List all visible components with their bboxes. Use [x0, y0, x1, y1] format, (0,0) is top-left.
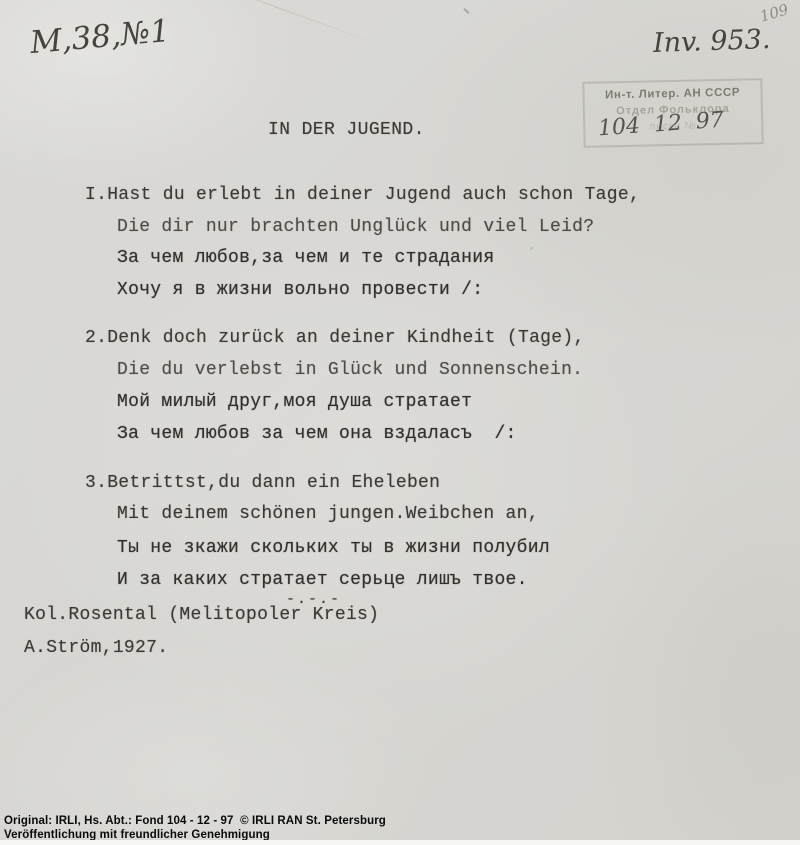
stanza2-line2: Die du verlebst in Glück und Sonnenschei…: [117, 361, 583, 379]
stanza3-line4: И за каких стратает серьце лишъ твое.: [117, 571, 528, 589]
document-title: IN DER JUGEND.: [268, 121, 425, 139]
page-number-pencil: 109: [758, 2, 790, 24]
paper-speck: [463, 8, 470, 14]
paper-crease: [181, 0, 379, 45]
stanza2-line1: 2.Denk doch zurück an deiner Kindheit (T…: [85, 329, 585, 347]
provenance-collector-year: A.Ström,1927.: [24, 639, 168, 657]
stanza1-line3: За чем любов,за чем и те страдания: [117, 249, 494, 267]
stanza1-line4: Хочу я в жизни вольно провести /:: [117, 281, 483, 299]
caption-source-line: Original: IRLI, Hs. Abt.: Fond 104 - 12 …: [4, 816, 386, 828]
stanza2-line3: Мой милый друг,моя душа стратает: [117, 393, 472, 411]
stanza1-line1: I.Hast du erlebt in deiner Jugend auch s…: [85, 186, 640, 204]
stanza3-line3: Ты не зкажи скольких ты в жизни полубил: [117, 539, 550, 557]
stanza3-line2: Mit deinem schönen jungen.Weibchen an,: [117, 505, 539, 523]
stanza1-line2: Die dir nur brachten Unglück und viel Le…: [117, 218, 594, 236]
shelfmark-handwritten: М,38,№1: [29, 16, 171, 59]
scan-edge-strip: [0, 840, 800, 845]
paper-speck: [530, 247, 533, 250]
document-page: М,38,№1 109 Inv. 953. Ин-т. Литер. АН СС…: [0, 0, 800, 845]
provenance-location: Kol.Rosental (Melitopoler Kreis): [24, 606, 379, 624]
inventory-number-handwritten: Inv. 953.: [653, 26, 771, 57]
stanza2-line4: За чем любов за чем она вздаласъ /:: [117, 425, 517, 443]
stamp-institution-line: Ин-т. Литер. АН СССР: [584, 86, 760, 102]
stanza3-line1: 3.Betrittst,du dann ein Eheleben: [85, 474, 440, 492]
